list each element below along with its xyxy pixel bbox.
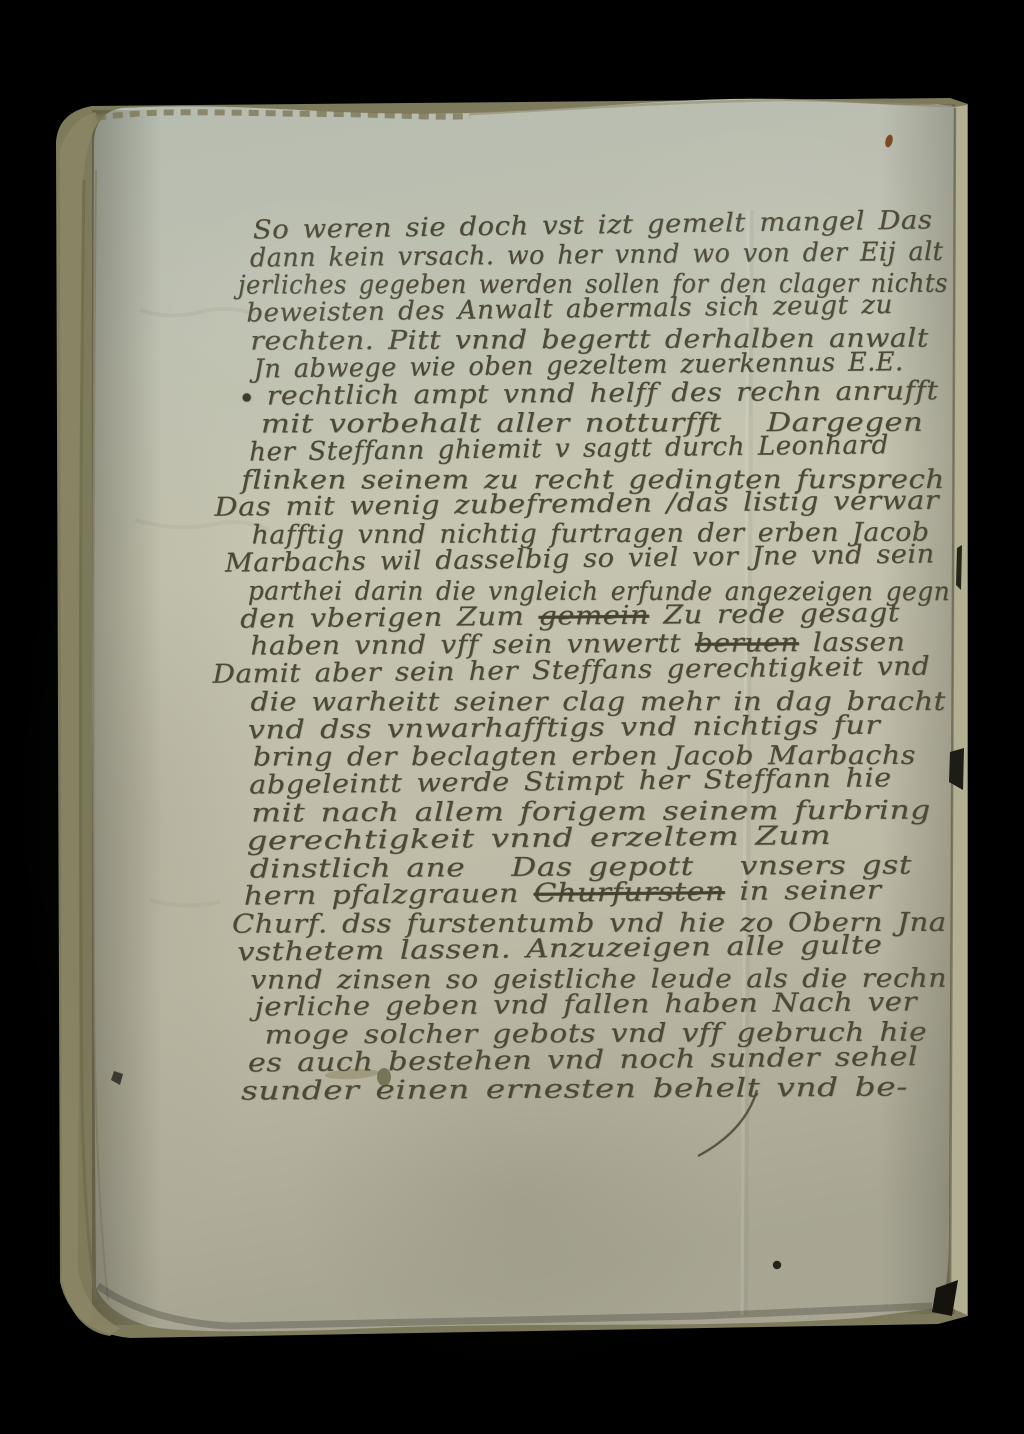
line-text: abgeleintt werde Stimpt her Steffann hie <box>249 763 892 800</box>
line-text: in seiner <box>725 875 882 907</box>
line-text: sunder einen ernesten behelt vnd be- <box>241 1073 908 1107</box>
manuscript-line: beweisten des Anwalt abermals sich zeugt… <box>246 292 893 327</box>
manuscript-line: jerliche geben vnd fallen haben Nach ver <box>254 989 917 1021</box>
line-text: dann kein vrsach. wo her vnnd wo von der… <box>250 237 944 274</box>
line-text: hern pfalzgrauen <box>244 879 534 912</box>
manuscript-line: hern pfalzgrauen Churfursten in seiner <box>244 877 882 910</box>
manuscript-line: Damit aber sein her Steffans gerechtigke… <box>212 654 930 689</box>
struck-word: gemein <box>538 601 649 632</box>
manuscript-line: vnd dss vnwarhafftigs vnd nichtigs fur <box>248 713 881 745</box>
manuscript-line: her Steffann ghiemit v sagtt durch Leonh… <box>249 432 889 466</box>
manuscript-line: sunder einen ernesten behelt vnd be- <box>241 1075 908 1106</box>
manuscript-line: dann kein vrsach. wo her vnnd wo von der… <box>250 239 944 273</box>
line-text: her Steffann ghiemit v sagtt durch Leonh… <box>249 430 889 467</box>
paragraph-bullet-dot <box>243 394 251 402</box>
manuscript-text-block: So weren sie doch vst izt gemelt mangel … <box>0 0 1024 1434</box>
manuscript-line: Marbachs wil dasselbig so viel vor Jne v… <box>225 541 935 577</box>
line-text: vsthetem lassen. Anzuzeigen alle gulte <box>237 930 883 967</box>
manuscript-line: Das mit wenig zubefremden /das listig ve… <box>214 488 939 522</box>
manuscript-photo: So weren sie doch vst izt gemelt mangel … <box>0 0 1024 1434</box>
line-text: Zu rede gesagt <box>649 598 900 630</box>
manuscript-line: rechtlich ampt vnnd helff des rechn anru… <box>267 378 939 410</box>
line-text: rechtlich ampt vnnd helff des rechn anru… <box>267 376 939 411</box>
manuscript-line: vsthetem lassen. Anzuzeigen alle gulte <box>237 932 883 966</box>
struck-word: Churfursten <box>533 877 725 909</box>
manuscript-line: abgeleintt werde Stimpt her Steffann hie <box>249 765 892 799</box>
